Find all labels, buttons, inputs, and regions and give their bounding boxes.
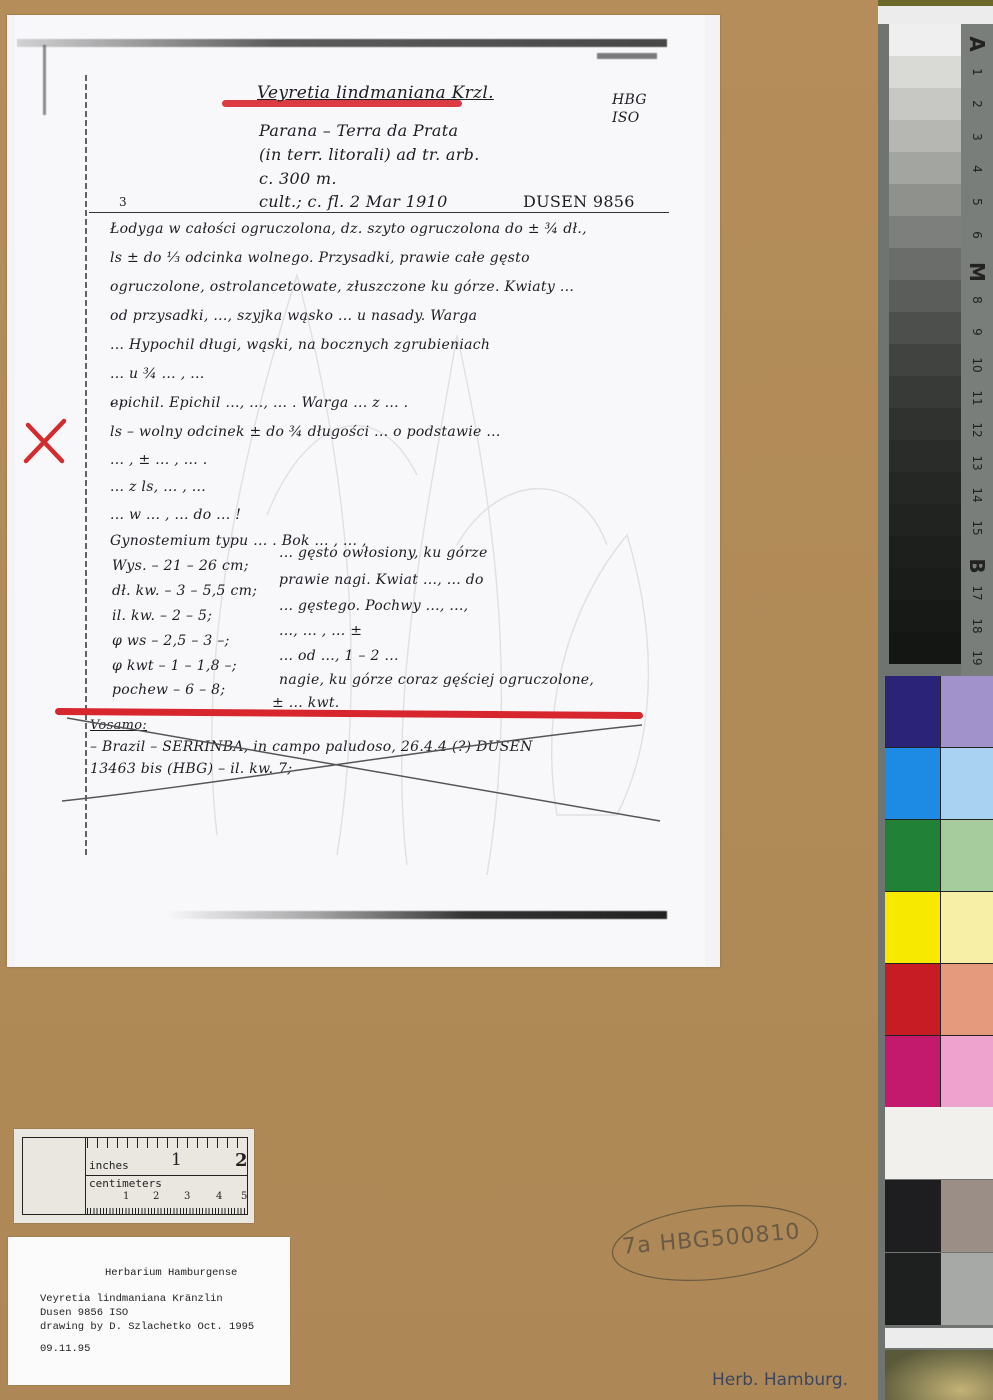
color-swatch <box>885 1036 941 1107</box>
neutral-patch-row <box>885 1180 993 1252</box>
inch-ticks <box>87 1138 247 1148</box>
centimeters-label: centimeters <box>89 1177 162 1190</box>
ruler-blank-area <box>23 1138 86 1214</box>
color-swatch <box>885 892 941 963</box>
inches-label: inches <box>89 1159 129 1172</box>
locality-line: c. 300 m. <box>259 169 337 188</box>
scale-label: 3 <box>970 121 984 153</box>
color-swatches <box>885 676 993 1108</box>
locality-line: Parana – Terra da Prata <box>259 121 458 140</box>
locality-line: cult.; c. fl. 2 Mar 1910 <box>259 192 448 211</box>
gray-step <box>889 408 961 440</box>
label-date: 09.11.95 <box>40 1343 90 1355</box>
color-swatch <box>885 964 941 1035</box>
cm-mark: 5 <box>241 1191 247 1202</box>
cm-ticks <box>87 1208 247 1214</box>
cm-mark: 3 <box>184 1191 190 1202</box>
color-swatch <box>885 748 941 819</box>
scale-label: 2 <box>970 88 984 120</box>
cross-out-lines <box>62 713 662 828</box>
grayscale-labels: A123456M89101112131415B171819 <box>961 24 993 676</box>
gray-step <box>889 152 961 184</box>
neutral-swatch <box>941 1253 993 1325</box>
gray-step <box>889 312 961 344</box>
ruler-frame: inches 1 2 centimeters 1 2 3 4 5 <box>22 1137 248 1215</box>
description-line: ls – wolny odcinek ± do ¾ długości ... o… <box>110 424 501 440</box>
gray-step <box>889 56 961 88</box>
collector-line: Dusen 9856 ISO <box>40 1307 128 1319</box>
institution-name: Herbarium Hamburgense <box>105 1267 237 1279</box>
gray-step <box>889 344 961 376</box>
chart-edge <box>885 1350 993 1400</box>
herbarium-sheet-board: Veyretia lindmaniana Krzl. HBG ISO Paran… <box>0 0 878 1400</box>
measurement-line: dł. kw. – 3 – 5,5 cm; <box>112 583 257 599</box>
measurement-note: nagie, ku górze coraz gęściej ogruczolon… <box>279 672 594 688</box>
description-line: od przysadki, ..., szyjka wąsko ... u na… <box>110 308 477 324</box>
scale-label: 14 <box>970 479 984 511</box>
locality-line: (in terr. litorali) ad tr. arb. <box>259 145 480 164</box>
swatch-row <box>885 892 993 964</box>
scale-label: 17 <box>970 577 984 609</box>
measurement-line: il. kw. – 2 – 5; <box>112 608 212 624</box>
inch-mark: 2 <box>235 1150 248 1171</box>
gray-step <box>889 472 961 504</box>
neutral-swatch <box>941 1180 993 1252</box>
neutral-swatch <box>885 1180 941 1252</box>
divider-line <box>89 212 669 213</box>
scale-label: 11 <box>970 382 984 414</box>
color-swatch <box>941 964 993 1035</box>
color-swatch <box>941 820 993 891</box>
description-line: epichil. Epichil ..., ..., ... . Warga .… <box>110 395 408 411</box>
measurement-note: ..., ... , ... ± <box>279 623 362 639</box>
scale-label: 12 <box>970 414 984 446</box>
page-number: 3 <box>119 195 127 209</box>
description-line: Łodyga w całości ogruczolona, dz. szyto … <box>110 221 587 237</box>
gray-step <box>889 120 961 152</box>
gray-step <box>889 88 961 120</box>
drawing-credit: drawing by D. Szlachetko Oct. 1995 <box>40 1321 254 1333</box>
color-swatch <box>885 820 941 891</box>
description-line: ... Hypochil długi, wąski, na bocznych z… <box>110 337 490 353</box>
gray-step <box>889 24 961 56</box>
description-line: ... w ... , ... do ... ! <box>110 507 241 523</box>
scale-label: 15 <box>970 512 984 544</box>
scale-label: 5 <box>970 186 984 218</box>
color-swatch <box>885 676 941 747</box>
species-title: Veyretia lindmaniana Krzl. <box>257 83 494 103</box>
measurement-line: φ ws – 2,5 – 3 –; <box>112 633 230 649</box>
measurement-line: φ kwt – 1 – 1,8 –; <box>112 658 237 674</box>
scale-ruler: inches 1 2 centimeters 1 2 3 4 5 <box>14 1129 254 1223</box>
photocopy-artifact <box>597 53 657 59</box>
chart-white-strip <box>885 1328 993 1348</box>
scale-label: 4 <box>970 153 984 185</box>
scale-label: 6 <box>970 219 984 251</box>
collector-number: DUSEN 9856 <box>523 192 635 211</box>
description-line: ... u ¾ ... , ... <box>110 366 204 382</box>
gray-step <box>889 440 961 472</box>
cm-mark: 4 <box>216 1191 222 1202</box>
color-swatch <box>941 892 993 963</box>
scale-label: 1 <box>970 56 984 88</box>
gray-step <box>889 376 961 408</box>
neutral-patch-row <box>885 1253 993 1325</box>
color-swatch <box>941 1036 993 1107</box>
species-name: Veyretia lindmaniana Kränzlin <box>40 1293 223 1305</box>
measurement-line: pochew – 6 – 8; <box>112 682 225 698</box>
inch-mark: 1 <box>171 1150 182 1170</box>
color-swatch <box>941 676 993 747</box>
description-line: ... , ± ... , ... . <box>110 452 208 468</box>
description-line: ... z ls, ... , ... <box>110 479 206 495</box>
photocopy-artifact <box>17 39 667 47</box>
swatch-row <box>885 820 993 892</box>
herbarium-label: Herbarium Hamburgense Veyretia lindmania… <box>8 1237 290 1385</box>
neutral-swatch <box>885 1253 941 1325</box>
gray-step <box>889 632 961 664</box>
herbarium-stamp: Herb. Hamburg. <box>712 1370 848 1390</box>
scale-label: 10 <box>970 349 984 381</box>
measurement-note: prawie nagi. Kwiat ..., ... do <box>279 572 484 588</box>
gray-step <box>889 248 961 280</box>
scale-label: 18 <box>970 610 984 642</box>
color-calibration-chart: A123456M89101112131415B171819 <box>878 0 993 1400</box>
gray-step <box>889 536 961 568</box>
chart-white-strip <box>878 6 993 24</box>
color-swatch <box>941 748 993 819</box>
scale-label: 8 <box>970 284 984 316</box>
measurement-line: Wys. – 21 – 26 cm; <box>112 558 249 574</box>
photocopy-artifact <box>43 45 46 115</box>
swatch-row <box>885 964 993 1036</box>
cm-mark: 1 <box>123 1191 129 1202</box>
measurement-note: ... od ..., 1 – 2 ... <box>279 648 399 664</box>
gray-step <box>889 216 961 248</box>
ruler-divider <box>85 1175 247 1176</box>
cm-mark: 2 <box>153 1191 159 1202</box>
red-x-mark <box>22 417 70 465</box>
white-patch <box>885 1107 993 1179</box>
handwritten-description-sheet: Veyretia lindmaniana Krzl. HBG ISO Paran… <box>7 15 720 967</box>
scale-label: 9 <box>970 316 984 348</box>
gray-step <box>889 600 961 632</box>
gray-step <box>889 568 961 600</box>
swatch-row <box>885 676 993 748</box>
swatch-row <box>885 748 993 820</box>
herbarium-code: HBG ISO <box>612 91 647 127</box>
gray-step <box>889 184 961 216</box>
scale-label: 19 <box>970 642 984 674</box>
gray-step <box>889 504 961 536</box>
gray-step <box>889 280 961 312</box>
grayscale-steps <box>889 24 961 664</box>
description-line: ls ± do ⅓ odcinka wolnego. Przysadki, pr… <box>110 250 530 266</box>
measurement-note: ... gęstego. Pochwy ..., ..., <box>279 598 468 614</box>
measurement-note: ... gęsto owłosiony, ku górze <box>279 545 488 561</box>
swatch-row <box>885 1036 993 1108</box>
scale-label: 13 <box>970 447 984 479</box>
description-line: ogruczolone, ostrolancetowate, złuszczon… <box>110 279 574 295</box>
